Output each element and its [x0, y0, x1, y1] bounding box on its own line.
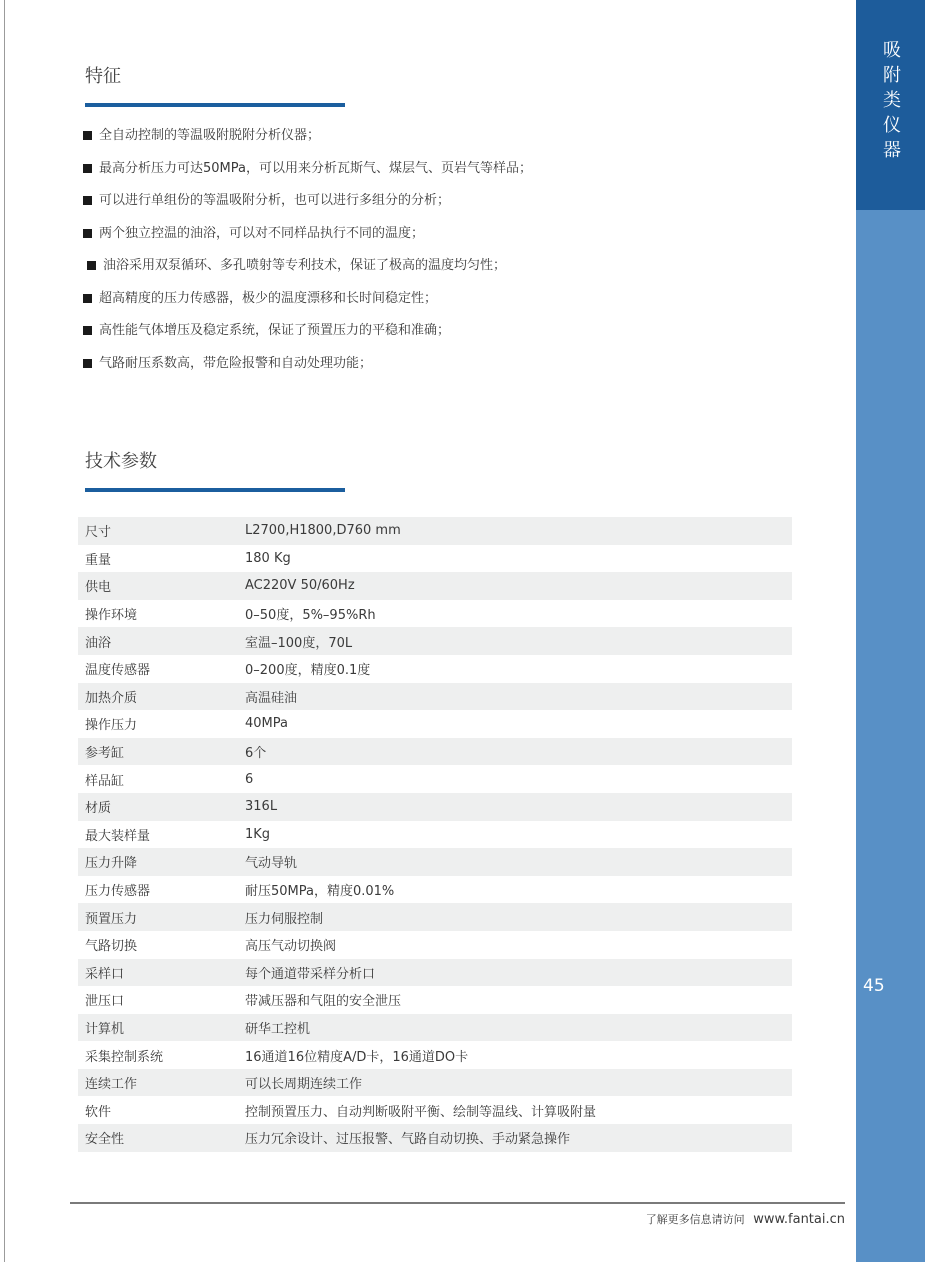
- sidebar-lower-band: [856, 210, 925, 1262]
- bullet-square-icon: [83, 326, 92, 335]
- feature-item: 超高精度的压力传感器，极少的温度漂移和长时间稳定性；: [83, 289, 803, 309]
- spec-value: L2700,H1800,D760 mm: [245, 523, 792, 538]
- feature-text: 高性能气体增压及稳定系统，保证了预置压力的平稳和准确；: [99, 321, 450, 341]
- footer-text: 了解更多信息请访问 www.fantai.cn: [70, 1211, 845, 1229]
- specs-table: 尺寸L2700,H1800,D760 mm重量180 Kg供电AC220V 50…: [78, 517, 792, 1152]
- spec-label: 最大装样量: [78, 825, 245, 844]
- features-list: 全自动控制的等温吸附脱附分析仪器；最高分析压力可达50MPa，可以用来分析瓦斯气…: [83, 126, 803, 386]
- spec-row: 安全性压力冗余设计、过压报警、气路自动切换、手动紧急操作: [78, 1124, 792, 1152]
- spec-label: 压力升降: [78, 852, 245, 871]
- spec-label: 采集控制系统: [78, 1046, 245, 1065]
- spec-row: 连续工作可以长周期连续工作: [78, 1069, 792, 1097]
- spec-row: 温度传感器0–200度，精度0.1度: [78, 655, 792, 683]
- spec-value: AC220V 50/60Hz: [245, 578, 792, 593]
- feature-item: 两个独立控温的油浴，可以对不同样品执行不同的温度；: [83, 224, 803, 244]
- spec-label: 软件: [78, 1101, 245, 1120]
- spec-label: 采样口: [78, 963, 245, 982]
- spec-row: 重量180 Kg: [78, 545, 792, 573]
- page-left-border: [4, 0, 5, 1262]
- spec-label: 加热介质: [78, 687, 245, 706]
- feature-text: 全自动控制的等温吸附脱附分析仪器；: [99, 126, 320, 146]
- spec-value: 压力冗余设计、过压报警、气路自动切换、手动紧急操作: [245, 1128, 792, 1147]
- feature-text: 超高精度的压力传感器，极少的温度漂移和长时间稳定性；: [99, 289, 437, 309]
- spec-label: 材质: [78, 797, 245, 816]
- bullet-square-icon: [83, 164, 92, 173]
- bullet-square-icon: [83, 294, 92, 303]
- feature-item: 高性能气体增压及稳定系统，保证了预置压力的平稳和准确；: [83, 321, 803, 341]
- features-title-rule: [85, 103, 345, 107]
- spec-value: 耐压50MPa，精度0.01%: [245, 880, 792, 899]
- spec-label: 压力传感器: [78, 880, 245, 899]
- spec-label: 尺寸: [78, 521, 245, 540]
- spec-row: 材质316L: [78, 793, 792, 821]
- bullet-square-icon: [87, 261, 96, 270]
- spec-row: 加热介质高温硅油: [78, 683, 792, 711]
- spec-label: 泄压口: [78, 990, 245, 1009]
- feature-text: 气路耐压系数高，带危险报警和自动处理功能；: [99, 354, 372, 374]
- spec-value: 0–200度，精度0.1度: [245, 659, 792, 678]
- spec-row: 泄压口带减压器和气阻的安全泄压: [78, 986, 792, 1014]
- feature-text: 两个独立控温的油浴，可以对不同样品执行不同的温度；: [99, 224, 424, 244]
- bullet-square-icon: [83, 229, 92, 238]
- category-sidebar: 吸附类仪器 45: [856, 0, 925, 1262]
- page-number: 45: [863, 976, 885, 996]
- feature-item: 全自动控制的等温吸附脱附分析仪器；: [83, 126, 803, 146]
- spec-value: 40MPa: [245, 716, 792, 731]
- spec-value: 高温硅油: [245, 687, 792, 706]
- spec-label: 计算机: [78, 1018, 245, 1037]
- spec-value: 316L: [245, 799, 792, 814]
- footer-note: 了解更多信息请访问: [646, 1213, 745, 1226]
- feature-item: 最高分析压力可达50MPa，可以用来分析瓦斯气、煤层气、页岩气等样品；: [83, 159, 803, 179]
- spec-row: 压力传感器耐压50MPa，精度0.01%: [78, 876, 792, 904]
- feature-item: 油浴采用双泵循环、多孔喷射等专利技术，保证了极高的温度均匀性；: [83, 256, 803, 276]
- spec-value: 每个通道带采样分析口: [245, 963, 792, 982]
- spec-value: 室温–100度，70L: [245, 632, 792, 651]
- spec-row: 参考缸6个: [78, 738, 792, 766]
- feature-text: 油浴采用双泵循环、多孔喷射等专利技术，保证了极高的温度均匀性；: [103, 256, 506, 276]
- spec-row: 压力升降气动导轨: [78, 848, 792, 876]
- spec-row: 尺寸L2700,H1800,D760 mm: [78, 517, 792, 545]
- spec-value: 6个: [245, 742, 792, 761]
- footer-url: www.fantai.cn: [753, 1212, 845, 1227]
- feature-item: 可以进行单组份的等温吸附分析，也可以进行多组分的分析；: [83, 191, 803, 211]
- spec-row: 油浴室温–100度，70L: [78, 627, 792, 655]
- spec-row: 采样口每个通道带采样分析口: [78, 959, 792, 987]
- spec-row: 最大装样量1Kg: [78, 821, 792, 849]
- spec-value: 控制预置压力、自动判断吸附平衡、绘制等温线、计算吸附量: [245, 1101, 792, 1120]
- features-section-title: 特征: [85, 64, 121, 90]
- spec-label: 温度传感器: [78, 659, 245, 678]
- spec-label: 预置压力: [78, 908, 245, 927]
- spec-value: 气动导轨: [245, 852, 792, 871]
- spec-row: 采集控制系统16通道16位精度A/D卡，16通道DO卡: [78, 1041, 792, 1069]
- spec-value: 压力伺服控制: [245, 908, 792, 927]
- footer-rule: [70, 1202, 845, 1204]
- feature-text: 可以进行单组份的等温吸附分析，也可以进行多组分的分析；: [99, 191, 450, 211]
- spec-value: 0–50度，5%–95%Rh: [245, 604, 792, 623]
- spec-row: 软件控制预置压力、自动判断吸附平衡、绘制等温线、计算吸附量: [78, 1096, 792, 1124]
- spec-label: 操作压力: [78, 714, 245, 733]
- spec-row: 计算机研华工控机: [78, 1014, 792, 1042]
- spec-label: 样品缸: [78, 770, 245, 789]
- spec-value: 研华工控机: [245, 1018, 792, 1037]
- spec-row: 供电AC220V 50/60Hz: [78, 572, 792, 600]
- specs-title-rule: [85, 488, 345, 492]
- spec-row: 操作环境0–50度，5%–95%Rh: [78, 600, 792, 628]
- spec-label: 油浴: [78, 632, 245, 651]
- spec-label: 操作环境: [78, 604, 245, 623]
- feature-text: 最高分析压力可达50MPa，可以用来分析瓦斯气、煤层气、页岩气等样品；: [99, 159, 532, 179]
- spec-value: 180 Kg: [245, 551, 792, 566]
- spec-value: 6: [245, 772, 792, 787]
- spec-row: 预置压力压力伺服控制: [78, 903, 792, 931]
- spec-label: 气路切换: [78, 935, 245, 954]
- bullet-square-icon: [83, 131, 92, 140]
- spec-label: 安全性: [78, 1128, 245, 1147]
- spec-row: 气路切换高压气动切换阀: [78, 931, 792, 959]
- feature-item: 气路耐压系数高，带危险报警和自动处理功能；: [83, 354, 803, 374]
- spec-value: 16通道16位精度A/D卡，16通道DO卡: [245, 1046, 792, 1065]
- spec-label: 供电: [78, 576, 245, 595]
- spec-row: 操作压力40MPa: [78, 710, 792, 738]
- spec-label: 重量: [78, 549, 245, 568]
- spec-label: 参考缸: [78, 742, 245, 761]
- category-label: 吸附类仪器: [856, 40, 925, 210]
- spec-value: 可以长周期连续工作: [245, 1073, 792, 1092]
- bullet-square-icon: [83, 196, 92, 205]
- spec-row: 样品缸6: [78, 765, 792, 793]
- spec-value: 带减压器和气阻的安全泄压: [245, 990, 792, 1009]
- spec-label: 连续工作: [78, 1073, 245, 1092]
- bullet-square-icon: [83, 359, 92, 368]
- spec-value: 高压气动切换阀: [245, 935, 792, 954]
- specs-section-title: 技术参数: [85, 449, 157, 475]
- sidebar-category-band: 吸附类仪器: [856, 0, 925, 210]
- spec-value: 1Kg: [245, 827, 792, 842]
